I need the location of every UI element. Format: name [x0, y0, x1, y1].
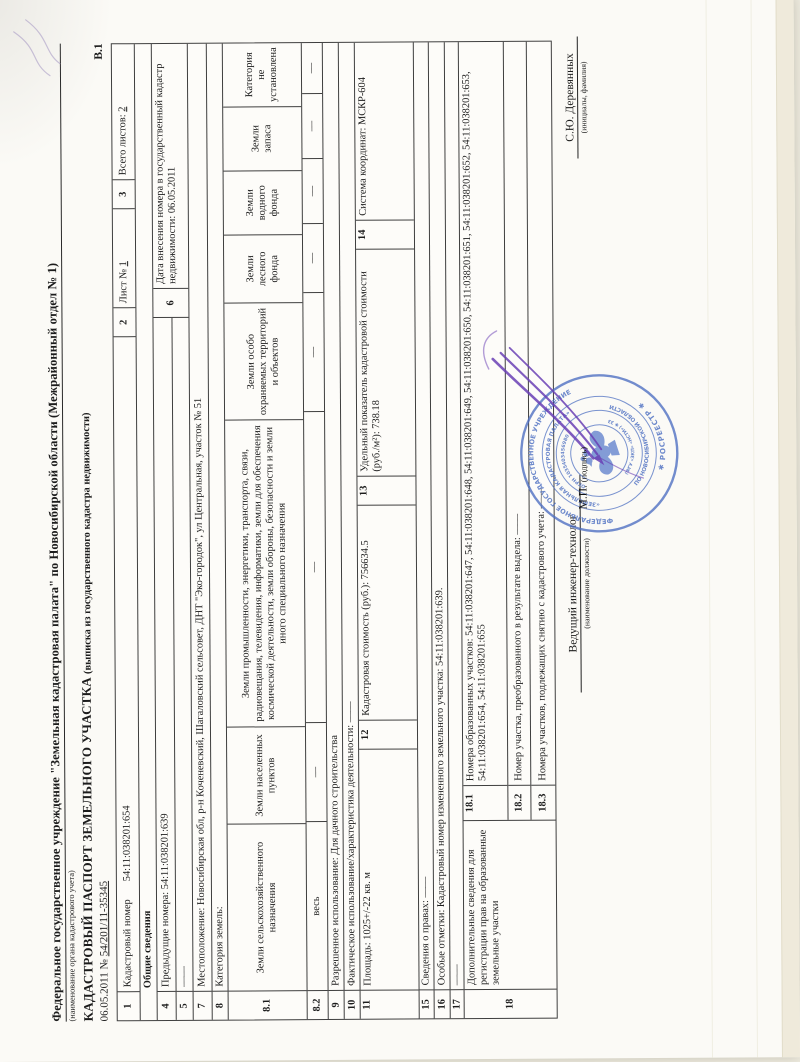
table-row-group: 4 Предыдущие номера: 54:11:038201:639 5 … — [151, 44, 193, 1020]
doc-date: 06.05.2011 № — [98, 959, 110, 1021]
coordinate-system: Система координат: МСКР-604 — [355, 42, 414, 220]
cadastral-number-value: 54:11:038201:654 — [121, 805, 133, 881]
total-sheets-value: 2 — [117, 107, 129, 112]
row-number: 18.1 — [463, 786, 507, 820]
category-water: Земли водного фонда — [224, 171, 302, 236]
row-number: 2 — [113, 308, 135, 337]
category-reserve: Земли запаса — [223, 107, 301, 172]
signature-caption: (подпись) — [578, 447, 588, 482]
row-number: 11 — [361, 990, 419, 1018]
category-value: — — [302, 94, 322, 159]
category-forest: Земли лесного фонда — [224, 235, 302, 304]
doc-number: 54/201/11-35345 — [98, 881, 110, 956]
row-number: 16 — [435, 990, 450, 1018]
sheet-label: Лист № — [118, 269, 130, 303]
total-sheets-cell: Всего листов: 2 — [112, 44, 135, 180]
row-number: 12 — [359, 720, 417, 749]
cadastral-cost: Кадастровая стоимость (руб.): 756634.5 — [358, 505, 417, 720]
signatory-name: С.Ю. Деревянных — [564, 36, 579, 158]
doc-title: КАДАСТРОВЫЙ ПАСПОРТ ЗЕМЕЛЬНОГО УЧАСТКА — [79, 677, 96, 1021]
total-sheets-label: Всего листов: — [117, 114, 129, 175]
category-industry: Земли промышленности, энергетики, трансп… — [225, 420, 305, 727]
category-value: — — [303, 293, 324, 412]
additional-info-label: Дополнительные сведения для регистрации … — [464, 821, 557, 991]
row-number: 17 — [451, 990, 464, 1018]
category-protected: Земли особо охраняемых территорий и объе… — [224, 303, 303, 421]
category-not-set: Категория не установлена — [223, 43, 301, 107]
pencil-scribble — [6, 10, 70, 82]
sheet-number-cell: Лист № 1 — [113, 209, 136, 308]
doc-subtitle: (выписка из государственного кадастра не… — [81, 412, 94, 674]
mp-label: М.П. — [577, 485, 589, 509]
category-value: — — [304, 412, 326, 723]
signatory-name-block: С.Ю. Деревянных (инициалы, фамилия) — [564, 36, 589, 158]
table-row: 8.1 Земли сельскохозяйственного назначен… — [222, 43, 307, 1019]
row-number: 18.2 — [508, 786, 530, 820]
name-caption: (инициалы, фамилия) — [579, 36, 589, 158]
registration-date: Дата внесения номера в государственный к… — [152, 44, 188, 289]
paper-crease — [705, 0, 712, 1058]
cadastral-table: 1 Кадастровый номер 54:11:038201:654 2 Л… — [111, 41, 558, 1022]
category-value: — — [302, 159, 322, 224]
row-number: 13 — [357, 476, 415, 505]
row-number: 6 — [153, 289, 188, 318]
area-value: Площадь: 1025+/-22 кв. м — [359, 749, 418, 990]
row-number: 4 — [158, 992, 176, 1020]
row-number: 9 — [329, 991, 344, 1019]
row-number: 14 — [356, 220, 414, 249]
row-number: 18.3 — [531, 786, 555, 820]
cadastral-number-cell: Кадастровый номер 54:11:038201:654 — [114, 337, 140, 992]
scanner-background: Федеральное государственное учреждение "… — [0, 0, 800, 1062]
document-sheet: Федеральное государственное учреждение "… — [0, 0, 800, 1062]
cadastral-number-label: Кадастровый номер — [122, 899, 135, 987]
row-number: 5 — [177, 992, 193, 1020]
paper-crease — [750, 0, 757, 1057]
category-value: — — [306, 723, 327, 822]
row-number: 8.1 — [229, 991, 307, 1019]
row-number: 1 — [118, 992, 140, 1020]
row-number: 7 — [194, 992, 212, 1020]
category-settlements: Земли населенных пунктов — [227, 727, 306, 825]
unit-cost: Удельный показатель кадастровой стоимост… — [356, 249, 415, 476]
seal-place-label: М.П. (подпись) — [577, 447, 589, 510]
row-number: 10 — [345, 991, 360, 1019]
table-row: 11 Площадь: 1025+/-22 кв. м 12 Кадастров… — [354, 42, 419, 1018]
category-value: — — [303, 224, 323, 293]
category-value: — — [302, 43, 322, 94]
document-content: Федеральное государственное учреждение "… — [44, 41, 558, 1022]
row-number: 8.2 — [308, 991, 328, 1019]
category-agricultural: Земли сельскохозяйственного назначения — [228, 825, 307, 992]
signature — [450, 308, 666, 519]
form-code: В.1 — [93, 43, 105, 59]
row-number: 8 — [213, 992, 228, 1020]
row-number: 3 — [113, 180, 135, 209]
category-value: весь — [307, 822, 328, 991]
sheet-value: 1 — [118, 261, 130, 266]
underlying-sheet-edge — [775, 0, 799, 1057]
row-number: 15 — [420, 990, 434, 1018]
row-number: 18 — [465, 990, 557, 1019]
